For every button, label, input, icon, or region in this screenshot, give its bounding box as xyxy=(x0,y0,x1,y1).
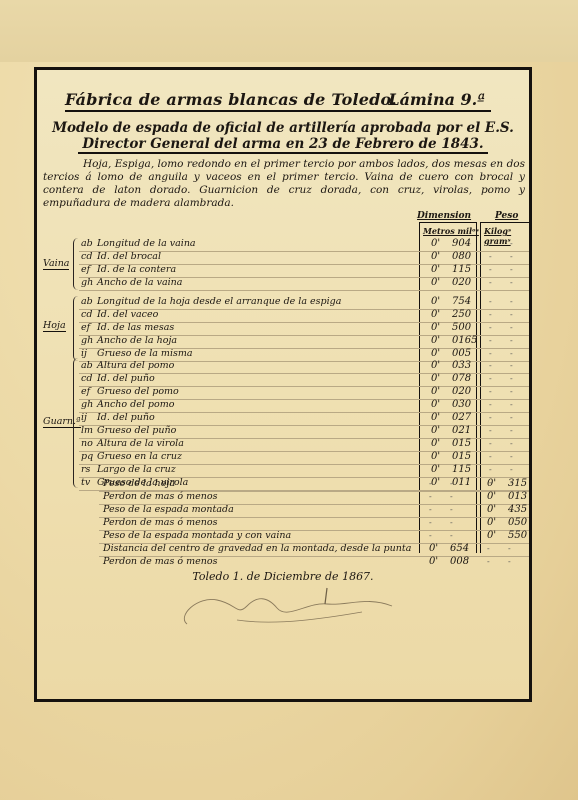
weight-row: Perdon de mas ó menos - - 0' 013 xyxy=(99,491,529,505)
dimension-unit: Metros milᵒˢ xyxy=(423,226,479,236)
factory-title: Fábrica de armas blancas de Toledo. xyxy=(65,90,397,112)
table-row: gh Ancho del pomo 0' 030 - - xyxy=(79,399,529,413)
document-sheet: Fábrica de armas blancas de Toledo. Lámi… xyxy=(34,67,532,702)
table-row: cd Id. del vaceo 0' 250 - - xyxy=(79,309,529,323)
table-row: cd Id. del puño 0' 078 - - xyxy=(79,373,529,387)
weight-column-header: Peso xyxy=(495,211,518,221)
model-title: Modelo de espada de oficial de artillerí… xyxy=(37,120,529,154)
table-row: no Altura de la virola 0' 015 - - xyxy=(79,438,529,452)
brace-icon xyxy=(73,238,78,290)
weight-row: Peso de la espada montada - - 0' 435 xyxy=(99,504,529,518)
weight-row: Peso de la hoja - - 0' 315 xyxy=(99,478,529,492)
page-top-margin xyxy=(0,0,578,62)
weight-row: Peso de la espada montada y con vaina - … xyxy=(99,530,529,544)
weight-row: Distancia del centro de gravedad en la m… xyxy=(99,543,529,557)
table-row: ab Altura del pomo 0' 033 - - xyxy=(79,360,529,374)
table-row: gh Ancho de la vaina 0' 020 - - xyxy=(79,277,529,291)
table-row: ef Grueso del pomo 0' 020 - - xyxy=(79,386,529,400)
table-row: ef Id. de las mesas 0' 500 - - xyxy=(79,322,529,336)
table-row: ef Id. de la contera 0' 115 - - xyxy=(79,264,529,278)
table-row: ij Id. del puño 0' 027 - - xyxy=(79,412,529,426)
table-row: ab Longitud de la vaina 0' 904 - - xyxy=(79,238,529,252)
brace-icon xyxy=(73,296,78,361)
group-label-hoja: Hoja xyxy=(43,320,66,332)
group-label-vaina: Vaina xyxy=(43,258,69,270)
table-row: ab Longitud de la hoja desde el arranque… xyxy=(79,296,529,310)
table-row: lm Grueso del puño 0' 021 - - xyxy=(79,425,529,439)
brace-icon xyxy=(73,358,78,488)
table-row: cd Id. del brocal 0' 080 - - xyxy=(79,251,529,265)
table-row: pq Grueso en la cruz 0' 015 - - xyxy=(79,451,529,465)
dimension-column-header: Dimension xyxy=(417,211,471,221)
table-row: rs Largo de la cruz 0' 115 - - xyxy=(79,464,529,478)
model-title-line1: Modelo de espada de oficial de artillerí… xyxy=(37,120,529,136)
sword-description: Hoja, Espiga, lomo redondo en el primer … xyxy=(43,158,525,210)
weight-row: Perdon de mas ó menos 0' 008 - - xyxy=(99,556,529,569)
document-date: Toledo 1. de Diciembre de 1867. xyxy=(37,570,529,583)
plate-number: Lámina 9.ª xyxy=(382,90,491,112)
signature-icon xyxy=(177,586,397,630)
table-row: gh Ancho de la hoja 0' 0165 - - xyxy=(79,335,529,349)
weight-row: Perdon de mas ó menos - - 0' 050 xyxy=(99,517,529,531)
model-title-line2: Director General del arma en 23 de Febre… xyxy=(78,136,487,154)
